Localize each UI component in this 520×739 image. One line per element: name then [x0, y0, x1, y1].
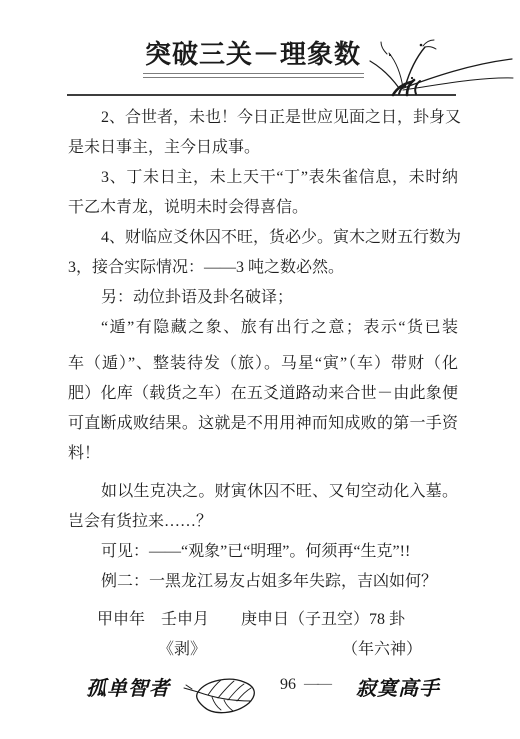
- text-line: 3，接合实际情况：——3 吨之数必然。: [68, 253, 458, 283]
- page-number: 96: [280, 676, 296, 694]
- leaf-illustration: [182, 674, 260, 720]
- text-line: 如以生克决之。财寅休囚不旺、又旬空动化入墓。: [68, 477, 458, 507]
- date-line: 甲申年 壬申月 庚申日（子丑空）78 卦: [68, 605, 458, 635]
- orchid-illustration: [363, 33, 515, 97]
- text-line: 可见：——“观象”已“明理”。何须再“生克”!!: [68, 537, 458, 567]
- page-number-dash: ——: [304, 676, 330, 693]
- text-line: 2、合世者，未也！今日正是世应见面之日，卦身又: [68, 103, 458, 133]
- text-line: 3、丁未日主，未上天干“丁”表朱雀信息，未时纳: [68, 163, 458, 193]
- body-text: 2、合世者，未也！今日正是世应见面之日，卦身又 是未日事主，主今日成事。 3、丁…: [68, 103, 458, 665]
- text-line: 车（遁）”、整装待发（旅）。马星“寅”（车）带财（化: [68, 349, 458, 379]
- text-line: 干乙木青龙，说明未时会得喜信。: [68, 193, 458, 223]
- text-line: 是未日事主，主今日成事。: [68, 133, 458, 163]
- text-line: 可直断成败结果。这就是不用用神而知成败的第一手资: [68, 409, 458, 439]
- text-line: “遁”有隐藏之象、旅有出行之意；表示“货已装: [68, 313, 458, 343]
- page-footer: 孤单智者 96 —— 寂寞高手: [0, 666, 520, 726]
- text-line: 例二：一黑龙江易友占姐多年失踪，吉凶如何？: [68, 567, 458, 597]
- text-line: 岂会有货拉来……？: [68, 507, 458, 537]
- hexagram-name: 《剥》: [158, 635, 206, 665]
- text-line: 另：动位卦语及卦名破译；: [68, 283, 458, 313]
- book-page: 突破三关－理象数 2、合世者，未也！今日正是世应见面之日，卦身又 是未日事主，主…: [0, 0, 520, 739]
- text-line: 肥）化库（载货之车）在五爻道路动来合世－由此象便: [68, 379, 458, 409]
- hexagram-line: 《剥》 （年六神）: [68, 635, 458, 665]
- text-line: 料！: [68, 439, 458, 469]
- footer-right-motto: 寂寞高手: [356, 672, 440, 701]
- text-line: 4、财临应爻休囚不旺，货必少。寅木之财五行数为: [68, 223, 458, 253]
- title-double-underline: [143, 73, 364, 78]
- year-six-gods-label: （年六神）: [342, 635, 422, 665]
- footer-left-motto: 孤单智者: [86, 672, 170, 701]
